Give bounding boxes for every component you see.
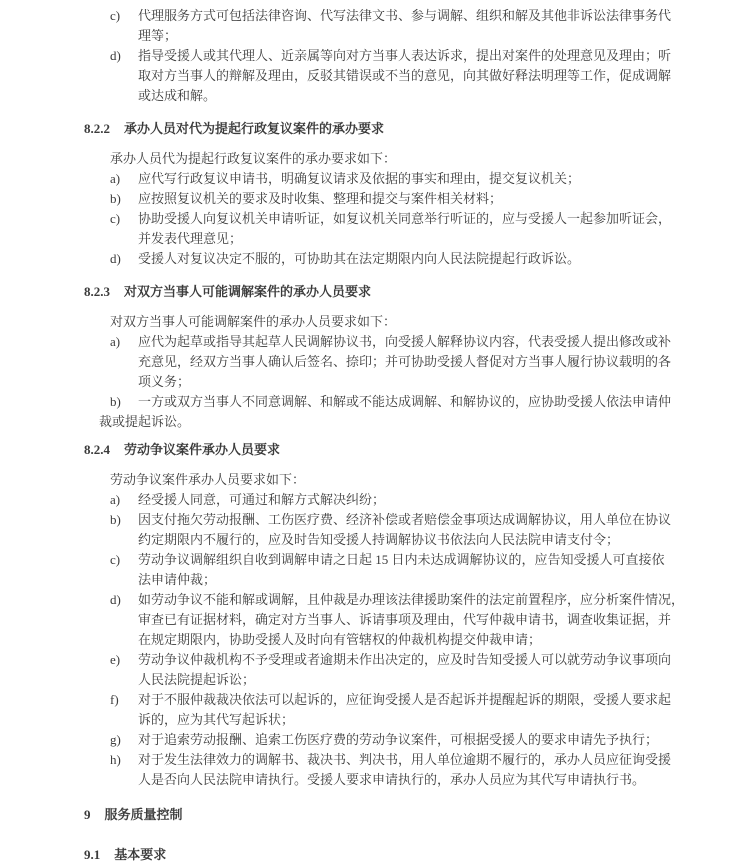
list-item-line: 审查已有证据材料，确定对方当事人、诉请事项及理由，代写仲裁申请书，调查收集证据，… <box>138 610 749 630</box>
list-item-marker: c) <box>110 550 120 570</box>
list-item-line: 人是否向人民法院申请执行。受援人要求申请执行的，承办人员应为其代写申请执行书。 <box>138 770 749 790</box>
section-title: 承办人员对代为提起行政复议案件的承办要求 <box>124 121 384 136</box>
list-item: f) 对于不服仲裁裁决依法可以起诉的，应征询受援人是否起诉并提醒起诉的期限，受援… <box>138 690 749 730</box>
subsection-number: 9.1 <box>84 847 100 862</box>
list-item-marker: b) <box>110 189 121 209</box>
document-page: c) 代理服务方式可包括法律咨询、代写法律文书、参与调解、组织和解及其他非诉讼法… <box>0 0 749 868</box>
list-item-line: 指导受援人或其代理人、近亲属等向对方当事人表达诉求，提出对案件的处理意见及理由；… <box>138 48 671 63</box>
list-item: g) 对于追索劳动报酬、追索工伤医疗费的劳动争议案件，可根据受援人的要求申请先予… <box>138 730 749 750</box>
list-item-line: 在规定期限内，协助受援人及时向有管辖权的仲裁机构提交仲裁申请； <box>138 630 749 650</box>
section-list: a) 经受援人同意，可通过和解方式解决纠纷； b) 因支付拖欠劳动报酬、工伤医疗… <box>0 490 749 790</box>
list-item-line: 一方或双方当事人不同意调解、和解或不能达成调解、和解协议的，应协助受援人依法申请… <box>138 394 671 409</box>
section-number: 8.2.3 <box>84 284 110 299</box>
list-item-line: 并发表代理意见； <box>138 229 749 249</box>
list-item: c) 协助受援人向复议机关申请听证，如复议机关同意举行听证的，应与受援人一起参加… <box>138 209 749 249</box>
section-heading: 8.2.2承办人员对代为提起行政复议案件的承办要求 <box>84 119 749 139</box>
section-heading: 8.2.4劳动争议案件承办人员要求 <box>84 440 749 460</box>
list-item-marker: d) <box>110 590 121 610</box>
chapter-title: 服务质量控制 <box>105 807 183 822</box>
list-item-marker: g) <box>110 730 121 750</box>
section-title: 劳动争议案件承办人员要求 <box>124 442 280 457</box>
section-list: a) 应代为起草或指导其起草人民调解协议书，向受援人解释协议内容，代表受援人提出… <box>0 332 749 432</box>
list-item: b) 因支付拖欠劳动报酬、工伤医疗费、经济补偿或者赔偿金事项达成调解协议，用人单… <box>138 510 749 550</box>
list-item-line: 对于发生法律效力的调解书、裁决书、判决书，用人单位逾期不履行的，承办人员应征询受… <box>138 752 671 767</box>
list-item-line: 法申请仲裁； <box>138 570 749 590</box>
list-item: a) 应代写行政复议申请书，明确复议请求及依据的事实和理由，提交复议机关； <box>138 169 749 189</box>
section-intro: 劳动争议案件承办人员要求如下： <box>110 470 749 490</box>
list-item-marker: b) <box>110 392 121 412</box>
list-item: c) 劳动争议调解组织自收到调解申请之日起 15 日内未达成调解协议的，应告知受… <box>138 550 749 590</box>
section-number: 8.2.2 <box>84 121 110 136</box>
section-intro: 承办人员代为提起行政复议案件的承办要求如下： <box>110 149 749 169</box>
list-item-marker: d) <box>110 46 121 66</box>
section-heading: 8.2.3对双方当事人可能调解案件的承办人员要求 <box>84 282 749 302</box>
list-item-line: 如劳动争议不能和解或调解，且仲裁是办理该法律援助案件的法定前置程序，应分析案件情… <box>138 592 684 607</box>
list-item-line: 应代为起草或指导其起草人民调解协议书，向受援人解释协议内容，代表受援人提出修改或… <box>138 334 671 349</box>
list-item-line: 理等； <box>138 26 749 46</box>
list-item-line: 诉的，应为其代写起诉状； <box>138 710 749 730</box>
list-item-line: 取对方当事人的辩解及理由，反驳其错误或不当的意见，向其做好释法明理等工作，促成调… <box>138 66 749 86</box>
list-item-marker: a) <box>110 332 120 352</box>
list-item-line: 代理服务方式可包括法律咨询、代写法律文书、参与调解、组织和解及其他非诉讼法律事务… <box>138 8 671 23</box>
list-item-marker: a) <box>110 169 120 189</box>
chapter-heading: 9服务质量控制 <box>84 805 749 825</box>
list-item-line: 应代写行政复议申请书，明确复议请求及依据的事实和理由，提交复议机关； <box>138 171 580 186</box>
list-item: b) 一方或双方当事人不同意调解、和解或不能达成调解、和解协议的，应协助受援人依… <box>138 392 749 432</box>
list-item-marker: d) <box>110 249 121 269</box>
list-item: h) 对于发生法律效力的调解书、裁决书、判决书，用人单位逾期不履行的，承办人员应… <box>138 750 749 790</box>
list-item-line: 对于不服仲裁裁决依法可以起诉的，应征询受援人是否起诉并提醒起诉的期限，受援人要求… <box>138 692 671 707</box>
list-item-line: 应按照复议机关的要求及时收集、整理和提交与案件相关材料； <box>138 191 502 206</box>
list-item-line: 充意见，经双方当事人确认后签名、捺印；并可协助受援人督促对方当事人履行协议载明的… <box>138 352 749 372</box>
list-item: d) 如劳动争议不能和解或调解，且仲裁是办理该法律援助案件的法定前置程序，应分析… <box>138 590 749 650</box>
list-item-line: 项义务； <box>138 372 749 392</box>
list-item-line: 或达成和解。 <box>138 86 749 106</box>
subsection-heading: 9.1基本要求 <box>84 845 749 865</box>
list-item-line: 劳动争议仲裁机构不予受理或者逾期未作出决定的，应及时告知受援人可以就劳动争议事项… <box>138 652 671 667</box>
list-item-marker: c) <box>110 6 120 26</box>
list-item-line: 劳动争议调解组织自收到调解申请之日起 15 日内未达成调解协议的，应告知受援人可… <box>138 552 665 567</box>
section-title: 对双方当事人可能调解案件的承办人员要求 <box>124 284 371 299</box>
section-list: a) 应代写行政复议申请书，明确复议请求及依据的事实和理由，提交复议机关； b)… <box>0 169 749 269</box>
section-number: 8.2.4 <box>84 442 110 457</box>
list-item: d) 指导受援人或其代理人、近亲属等向对方当事人表达诉求，提出对案件的处理意见及… <box>138 46 749 106</box>
list-item-line: 因支付拖欠劳动报酬、工伤医疗费、经济补偿或者赔偿金事项达成调解协议，用人单位在协… <box>138 512 671 527</box>
list-item: e) 劳动争议仲裁机构不予受理或者逾期未作出决定的，应及时告知受援人可以就劳动争… <box>138 650 749 690</box>
list-item: b) 应按照复议机关的要求及时收集、整理和提交与案件相关材料； <box>138 189 749 209</box>
chapter-number: 9 <box>84 807 91 822</box>
list-item-line: 裁或提起诉讼。 <box>99 412 749 432</box>
list-item: c) 代理服务方式可包括法律咨询、代写法律文书、参与调解、组织和解及其他非诉讼法… <box>138 6 749 46</box>
list-item-marker: a) <box>110 490 120 510</box>
section-intro: 对双方当事人可能调解案件的承办人员要求如下： <box>110 312 749 332</box>
list-item: a) 经受援人同意，可通过和解方式解决纠纷； <box>138 490 749 510</box>
list-item-marker: e) <box>110 650 120 670</box>
list-item: d) 受援人对复议决定不服的，可协助其在法定期限内向人民法院提起行政诉讼。 <box>138 249 749 269</box>
list-item-line: 人民法院提起诉讼； <box>138 670 749 690</box>
list-item-line: 对于追索劳动报酬、追索工伤医疗费的劳动争议案件，可根据受援人的要求申请先予执行； <box>138 732 658 747</box>
list-item: a) 应代为起草或指导其起草人民调解协议书，向受援人解释协议内容，代表受援人提出… <box>138 332 749 392</box>
list-item-marker: b) <box>110 510 121 530</box>
list-item-marker: f) <box>110 690 119 710</box>
list-item-marker: c) <box>110 209 120 229</box>
subsection-title: 基本要求 <box>114 847 166 862</box>
carryover-list: c) 代理服务方式可包括法律咨询、代写法律文书、参与调解、组织和解及其他非诉讼法… <box>0 6 749 106</box>
list-item-line: 经受援人同意，可通过和解方式解决纠纷； <box>138 492 385 507</box>
list-item-marker: h) <box>110 750 121 770</box>
list-item-line: 协助受援人向复议机关申请听证，如复议机关同意举行听证的，应与受援人一起参加听证会… <box>138 211 671 226</box>
list-item-line: 受援人对复议决定不服的，可协助其在法定期限内向人民法院提起行政诉讼。 <box>138 251 580 266</box>
list-item-line: 约定期限内不履行的，应及时告知受援人持调解协议书依法向人民法院申请支付令； <box>138 530 749 550</box>
